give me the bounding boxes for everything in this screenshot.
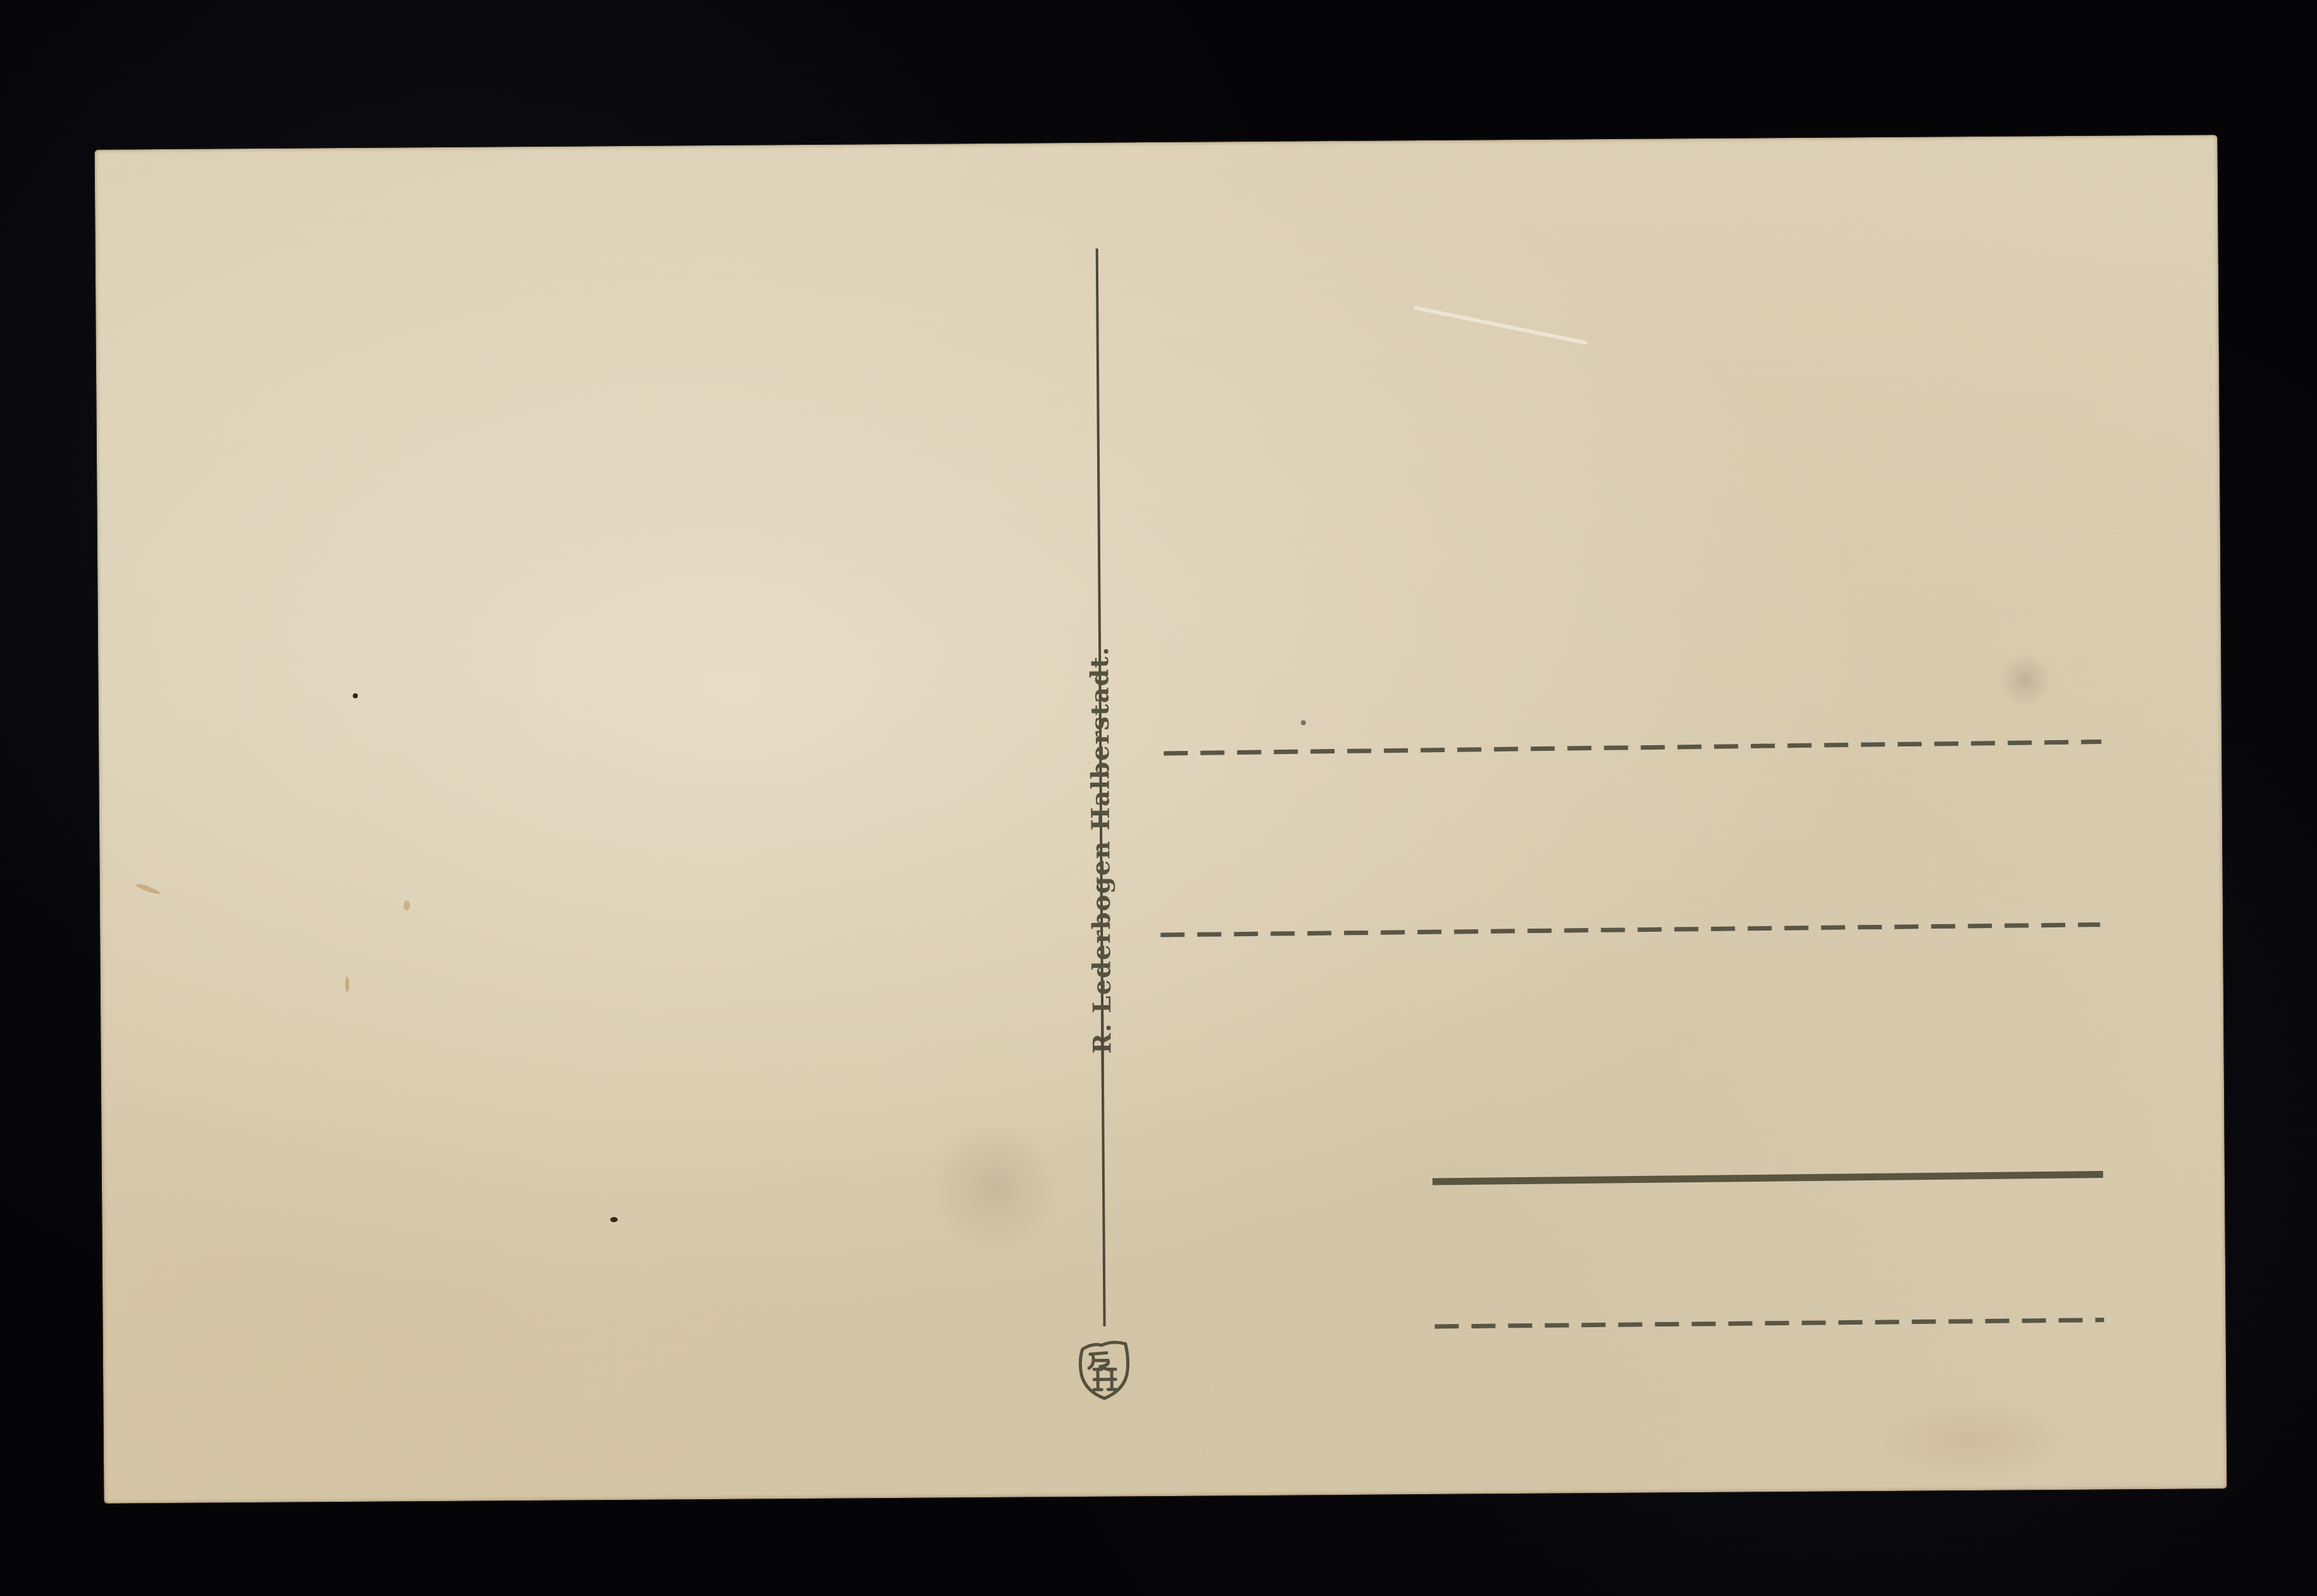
address-line-solid [1432,1175,2103,1182]
address-line-dashed-1 [1164,742,2101,753]
address-line-dashed-3 [1435,1320,2104,1327]
postcard-back: R. Lederbogen Halberstadt. [95,135,2227,1503]
address-line-dashed-2 [1160,925,2100,935]
address-lines [95,135,2227,1503]
scan-background: R. Lederbogen Halberstadt. [0,0,2317,1596]
